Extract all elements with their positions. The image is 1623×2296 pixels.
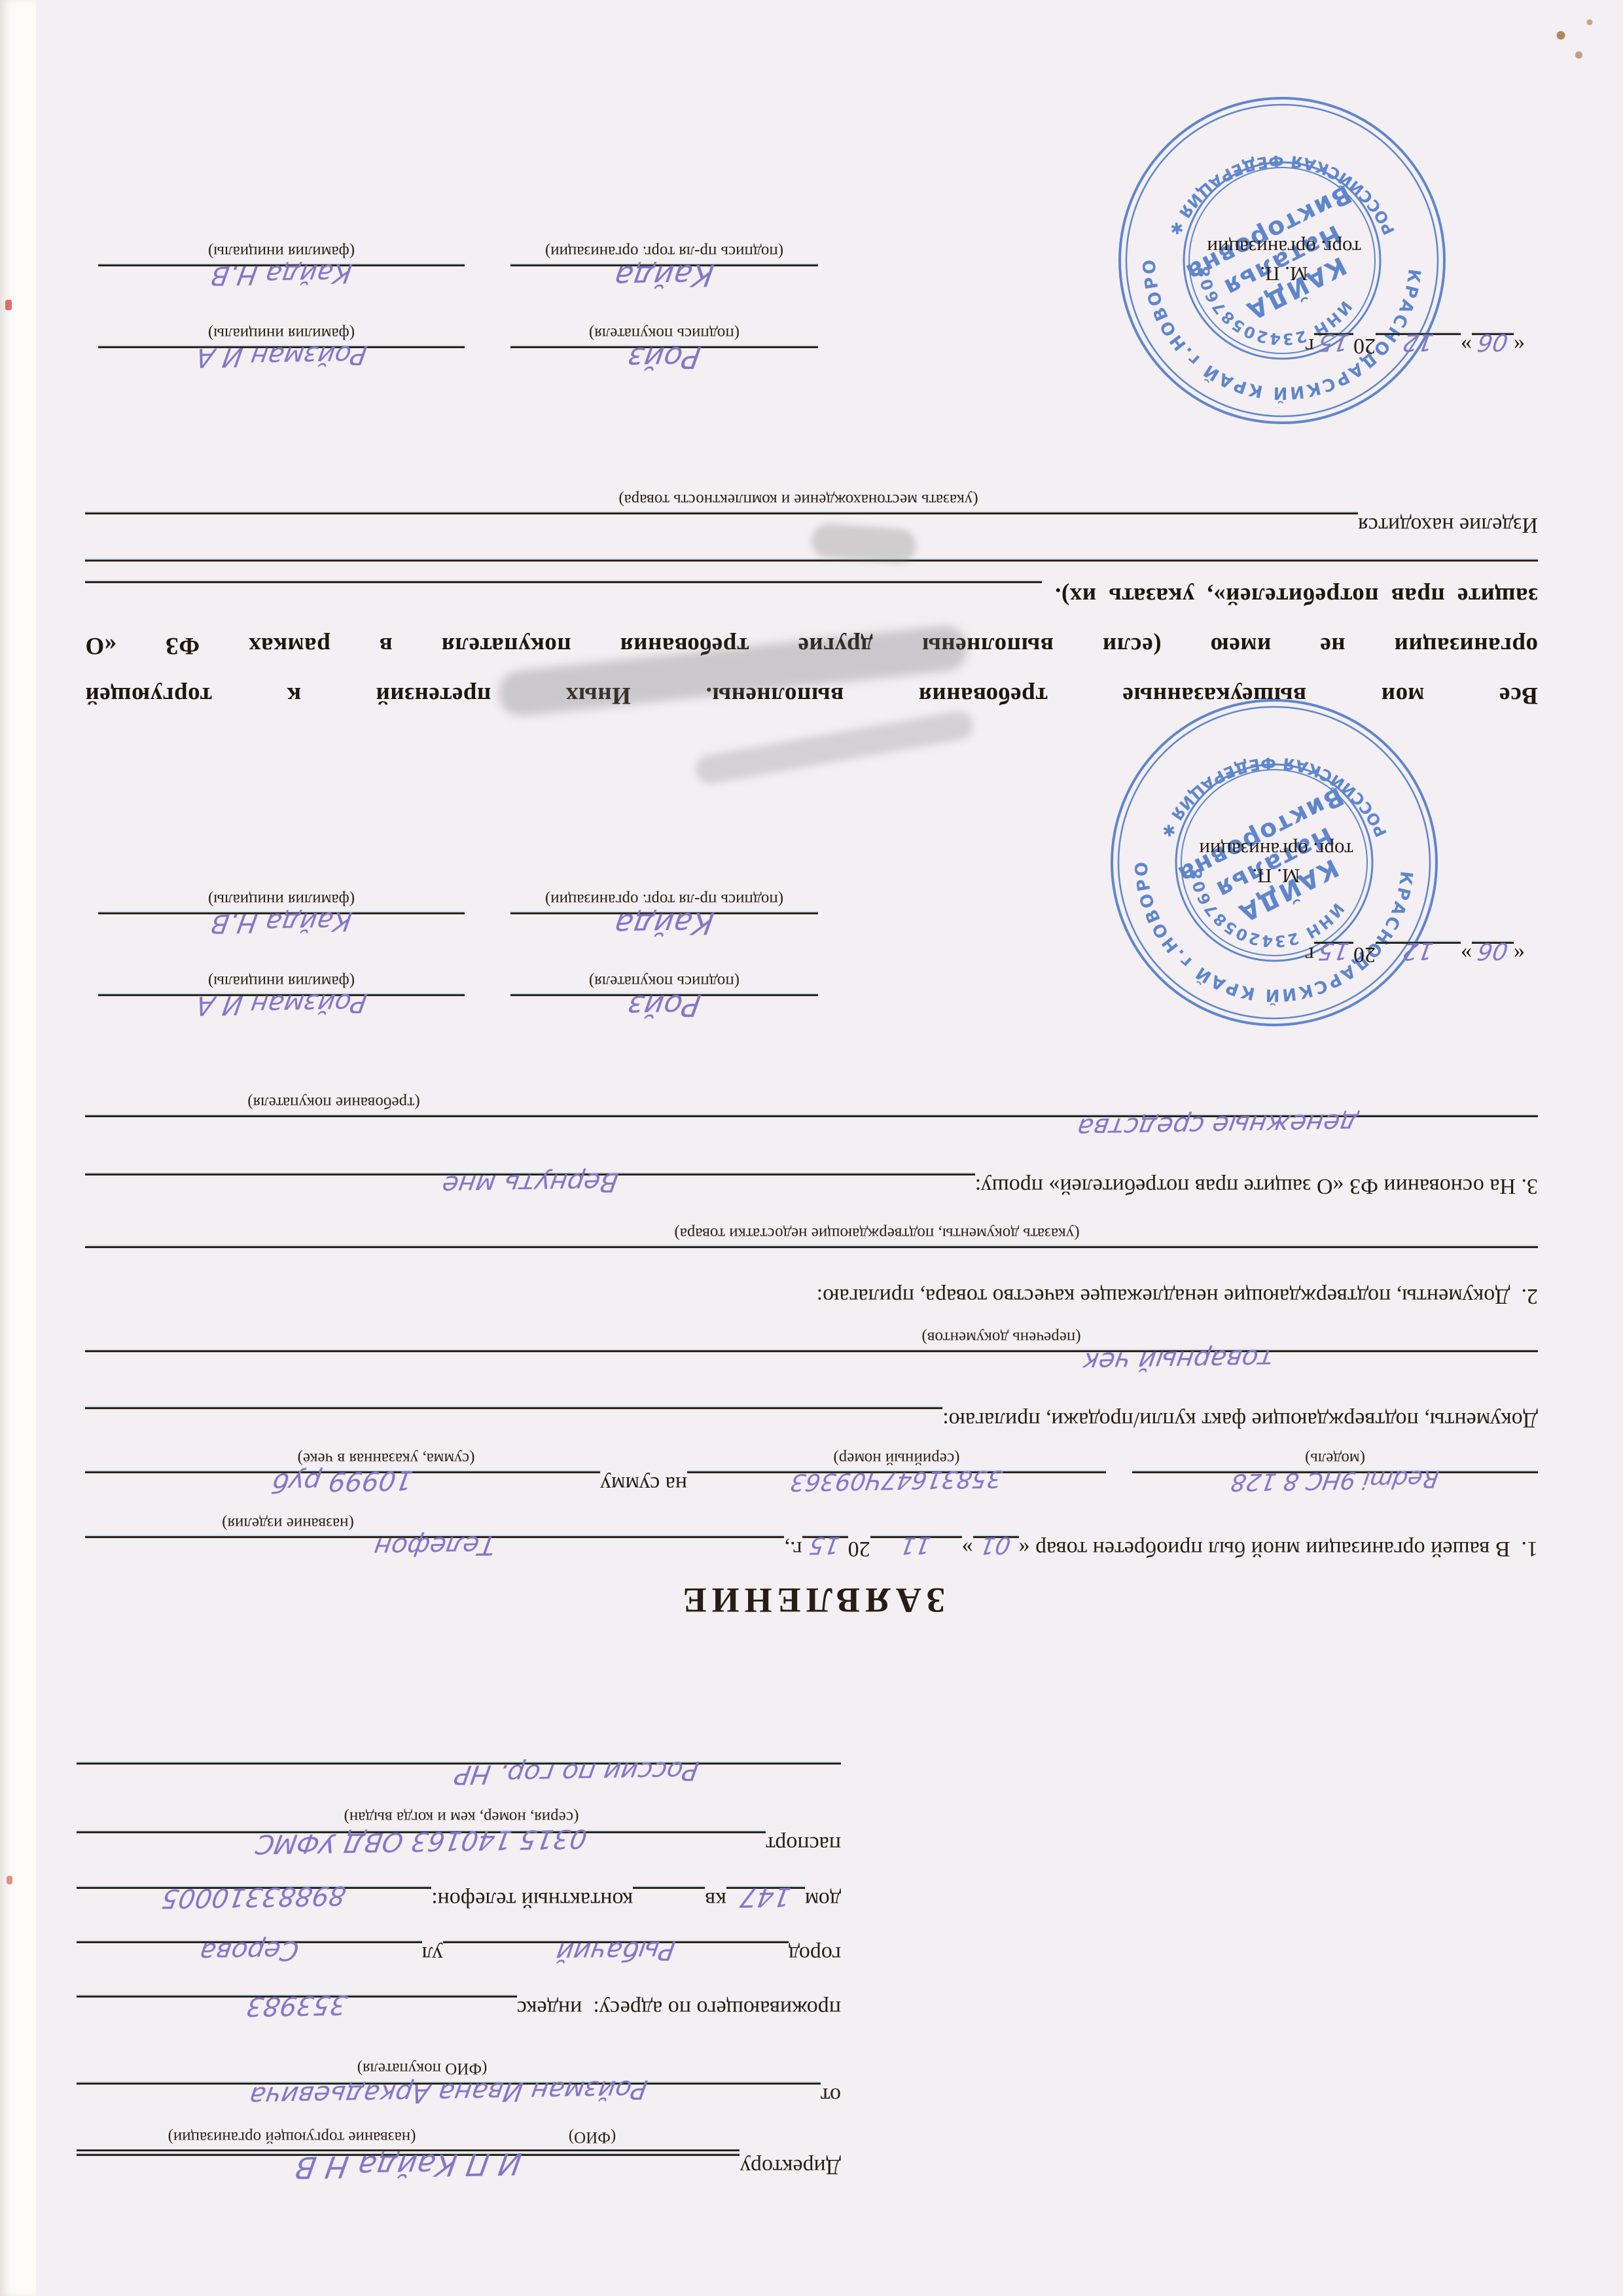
- buyer-signature-1: Ройз: [626, 990, 703, 1022]
- scan-red-mark-2: [7, 1876, 12, 1884]
- date2-g: г: [1305, 333, 1314, 358]
- seller-name-sublabel-2: (фамилия инициалы): [98, 242, 465, 260]
- claim-form-document: Директору И П Кайда Н В (ФИО) (название …: [0, 0, 1623, 2296]
- item-handwriting: Телефон: [372, 1532, 497, 1560]
- from-row: от Ройзман Ивана Аркадьевича: [77, 2083, 841, 2111]
- request-handwriting-2: денежные средства: [1075, 1109, 1360, 1140]
- buyer-sign-line-2: Ройз: [510, 346, 818, 378]
- date1-g: г: [1305, 942, 1314, 967]
- docs1-sublabels: (перечень документов): [85, 1328, 1538, 1346]
- passport-line: 0315 140163 ОВД УФМС: [77, 1831, 766, 1859]
- docs2-sublabel: (указать документы, подтверждающие недос…: [582, 1224, 1171, 1242]
- director-handwriting: И П Кайда Н В: [293, 2149, 524, 2183]
- mp-label-2: М. П. торг. организации: [1186, 234, 1382, 287]
- request-handwriting-1: Вернуть мне: [440, 1169, 620, 1198]
- seller-sign-line-2: Кайда: [510, 264, 818, 296]
- date1-day-line: 06: [1472, 942, 1514, 967]
- model-sublabel: (модель): [1132, 1449, 1538, 1467]
- request-row: 3. На основании ФЗ «О защите прав потреб…: [85, 1174, 1538, 1202]
- date1-day: 06: [1476, 939, 1510, 963]
- scanned-page: Директору И П Кайда Н В (ФИО) (название …: [0, 0, 1623, 2296]
- seller-sign-sublabel-1: (подпись пр-ля торг. организации): [510, 890, 818, 908]
- phone-label: контактный телефон:: [431, 1887, 633, 1912]
- date1-month-line: 12: [1376, 942, 1461, 967]
- seller-name-line-2: Кайда Н.В: [98, 264, 465, 293]
- sum-label: на сумму: [600, 1471, 687, 1496]
- purchase-20: 20: [848, 1536, 870, 1561]
- index-handwriting: 353983: [245, 1992, 349, 2020]
- seller-signature-2: Кайда: [613, 260, 716, 293]
- buyer-name-sublabel-1: (фамилия инициалы): [98, 972, 465, 990]
- sum-line: 10999 руб: [85, 1471, 600, 1499]
- fulfilled-line-3: защите прав потребителей», указать их).: [1055, 571, 1538, 620]
- date1-close-quote: »: [1461, 942, 1472, 967]
- seller-name-line-1: Кайда Н.В: [98, 912, 465, 941]
- sum-handwriting: 10999 руб: [270, 1467, 415, 1496]
- date2-year: 15: [1317, 330, 1351, 354]
- street-label: ул: [422, 1941, 443, 1966]
- passport-row: паспорт 0315 140163 ОВД УФМС: [77, 1831, 841, 1859]
- city-line: Рыбачий: [443, 1941, 789, 1969]
- date1-year: 15: [1317, 939, 1351, 963]
- buyer-name-1: Ройзман И А: [194, 990, 369, 1019]
- date2-open-quote: «: [1514, 333, 1525, 358]
- location-row: Изделие находится: [85, 512, 1538, 537]
- address-label: проживающего по адресу: индекс: [517, 1996, 841, 2020]
- location-blank-line: [85, 560, 1538, 568]
- model-serial-sublabels: (модель) (серийный номер) (сумма, указан…: [85, 1449, 1538, 1467]
- mp2-line2: торг. организации: [1186, 234, 1382, 260]
- date2-month-line: 12: [1376, 333, 1461, 359]
- org-sublabel: (название торгующей организации): [77, 2128, 507, 2146]
- buyer-signature-2: Ройз: [626, 342, 703, 374]
- buyer-fio-sublabel: (ФИО покупателя): [285, 2059, 560, 2077]
- purchase-g: г.,: [784, 1536, 802, 1561]
- purchase-day-line: 01: [973, 1536, 1019, 1562]
- passport-label: паспорт: [766, 1831, 841, 1856]
- serial-sublabel: (серийный номер): [687, 1449, 1106, 1467]
- buyer-sign-row-1: Ройз Ройзман И А: [85, 994, 818, 1026]
- docs2-row: [85, 1246, 1538, 1255]
- seller-sign-row-1: Кайда Кайда Н.В: [85, 912, 818, 944]
- docs1-line: [85, 1407, 942, 1416]
- date1-year-line: 15: [1314, 942, 1353, 967]
- docs1-row: Документы, подтверждающие факт купли/про…: [85, 1407, 1538, 1432]
- location-line: [85, 512, 1358, 521]
- docs2-line: [85, 1246, 1538, 1255]
- serial-line: 35831647Ч09363: [687, 1471, 1106, 1497]
- seller-name-sublabel-1: (фамилия инициалы): [98, 890, 465, 908]
- docs1-label: Документы, подтверждающие факт купли/про…: [942, 1407, 1538, 1432]
- buyer-sign-row-2: Ройз Ройзман И А: [85, 346, 818, 378]
- item-sublabel: (название изделия): [85, 1514, 491, 1532]
- request-line2: денежные средства: [85, 1115, 1538, 1143]
- city-label: город: [789, 1941, 841, 1966]
- purchase-quote: »: [962, 1536, 973, 1561]
- date2-year-line: 15: [1314, 333, 1353, 359]
- address-row: проживающего по адресу: индекс 353983: [77, 1996, 841, 2024]
- buyer-name-line-1: Ройзман И А: [98, 994, 465, 1022]
- request-row2: денежные средства: [85, 1115, 1538, 1143]
- seller-sign-line-1: Кайда: [510, 912, 818, 944]
- buyer-sign-sublabel-2: (подпись покупателя): [510, 324, 818, 342]
- director-line: И П Кайда Н В: [77, 2154, 740, 2186]
- seller-name-1: Кайда Н.В: [209, 908, 353, 937]
- purchase-day: 01: [979, 1533, 1013, 1557]
- director-row: Директору И П Кайда Н В: [77, 2154, 841, 2186]
- seller-name-2: Кайда Н.В: [209, 260, 353, 289]
- date1-month: 12: [1401, 939, 1435, 963]
- docs2-sublabels: (указать документы, подтверждающие недос…: [85, 1224, 1538, 1242]
- buyer-sign-line-1: Ройз: [510, 994, 818, 1026]
- fulfilled-line-3-row: защите прав потребителей», указать их).: [85, 571, 1538, 620]
- house-label: дом: [805, 1887, 841, 1912]
- serial-handwriting: 35831647Ч09363: [789, 1466, 1004, 1494]
- purchase-year-line: 15: [802, 1536, 848, 1562]
- docs1-sublabel: (перечень документов): [844, 1328, 1158, 1346]
- passport-line-2: России по гор. НР: [77, 1763, 841, 1791]
- location-sublabel: (указать местонахождение и комплектность…: [517, 490, 1080, 509]
- mp2-line1: М. П.: [1186, 260, 1382, 287]
- house-line: 147: [726, 1887, 805, 1915]
- purchase-row: 1. В вашей организации мной был приобрет…: [85, 1536, 1538, 1564]
- location-blank-row: [85, 560, 1538, 568]
- buyer-sign-sublabels-1: (подпись покупателя) (фамилия инициалы): [85, 972, 818, 990]
- street-line: Серова: [77, 1941, 422, 1969]
- date-row-2: « 06 » 12 20 15 г: [1211, 333, 1525, 359]
- signature-block-2: КРАСНОДАРСКИЙ КРАЙ г.НОВОРОССИЙСК ✱ ОГРН…: [85, 90, 1538, 418]
- purchase-text: 1. В вашей организации мной был приобрет…: [1019, 1536, 1538, 1561]
- scan-red-mark-1: [5, 300, 12, 310]
- from-sublabels: (ФИО покупателя): [77, 2059, 841, 2077]
- house-phone-row: дом 147 кв контактный телефон: 898833100…: [77, 1887, 841, 1915]
- docs1-row2: товарный чек: [85, 1350, 1538, 1378]
- phone-handwriting: 89883310005: [160, 1882, 348, 1912]
- date2-month: 12: [1401, 330, 1435, 354]
- index-line: 353983: [77, 1996, 517, 2024]
- form-body: 1. В вашей организации мной был приобрет…: [85, 1093, 1538, 1564]
- purchase-month-line: 11: [870, 1536, 962, 1562]
- signature-columns-2: Ройз Ройзман И А (подпись покупателя) (ф…: [85, 242, 818, 378]
- scan-edge-strip: [0, 0, 36, 2296]
- street-handwriting: Серова: [198, 1937, 300, 1965]
- item-line: Телефон: [85, 1536, 784, 1564]
- seller-signature-1: Кайда: [613, 908, 716, 941]
- buyer-name-line-2: Ройзман И А: [98, 346, 465, 374]
- addressee-block: Директору И П Кайда Н В (ФИО) (название …: [77, 1763, 841, 2186]
- location-sublabels: (указать местонахождение и комплектность…: [85, 490, 1538, 509]
- passport-handwriting: 0315 140163 ОВД УФМС: [254, 1825, 589, 1857]
- passport-handwriting-2: России по гор. НР: [453, 1757, 701, 1787]
- from-label: от: [821, 2083, 841, 2108]
- seller-sign-sublabel-2: (подпись пр-ля торг. организации): [510, 242, 818, 260]
- signature-columns-1: Ройз Ройзман И А (подпись покупателя) (ф…: [85, 890, 818, 1026]
- purchase-month: 11: [899, 1533, 933, 1557]
- flat-line: [633, 1887, 705, 1895]
- mp-line1: М. П.: [1178, 863, 1374, 889]
- model-handwriting: Redmi 9НС 8 128: [1230, 1466, 1441, 1494]
- phone-line: 89883310005: [77, 1887, 431, 1915]
- date-row-1: « 06 » 12 20 15 г: [1211, 942, 1525, 967]
- seller-sign-row-2: Кайда Кайда Н.В: [85, 264, 818, 296]
- date1-20: 20: [1353, 942, 1376, 967]
- mp-label-1: М. П. торг. организации: [1178, 836, 1374, 889]
- fulfilled-trailing-line: [85, 581, 1042, 590]
- director-label: Директору: [740, 2154, 841, 2179]
- purchase-year: 15: [808, 1533, 842, 1557]
- page-title: ЗАЯВЛЕНИЕ: [0, 1580, 1623, 1621]
- director-sublabels: (ФИО) (название торгующей организации): [77, 2128, 841, 2146]
- date2-day: 06: [1476, 330, 1510, 354]
- from-line: Ройзман Ивана Аркадьевича: [77, 2083, 821, 2111]
- date1-open-quote: «: [1514, 942, 1525, 967]
- location-section: Изделие находится (указать местонахожден…: [85, 490, 1538, 568]
- buyer-name-2: Ройзман И А: [194, 342, 369, 371]
- date2-day-line: 06: [1472, 333, 1514, 359]
- from-handwriting: Ройзман Ивана Аркадьевича: [247, 2076, 649, 2109]
- sum-sublabel: (сумма, указанная в чеке): [85, 1449, 687, 1467]
- passport-row-2: России по гор. НР: [77, 1763, 841, 1791]
- signature-block-1: КРАСНОДАРСКИЙ КРАЙ г.НОВОРОССИЙСК ✱ ОГРН…: [85, 725, 1538, 1052]
- passport-sublabel: (серия, номер, кем и когда выдан): [278, 1808, 645, 1826]
- fio-sublabel: (ФИО): [507, 2128, 677, 2146]
- location-label: Изделие находится: [1358, 512, 1538, 537]
- docs1-line2: товарный чек: [85, 1350, 1538, 1378]
- date2-close-quote: »: [1461, 333, 1472, 358]
- city-handwriting: Рыбачий: [554, 1937, 677, 1965]
- scan-corner-speckle: [1539, 9, 1611, 75]
- buyer-sign-sublabel-1: (подпись покупателя): [510, 972, 818, 990]
- flat-label: кв: [705, 1887, 726, 1912]
- buyer-sign-sublabels-2: (подпись покупателя) (фамилия инициалы): [85, 324, 818, 342]
- passport-sublabels: (серия, номер, кем и когда выдан): [77, 1808, 841, 1826]
- item-sublabels: (название изделия): [85, 1514, 1538, 1532]
- house-handwriting: 147: [738, 1883, 793, 1910]
- request-line: Вернуть мне: [85, 1174, 975, 1202]
- city-row: город Рыбачий ул Серова: [77, 1941, 841, 1969]
- docs2-label: 2. Документы, подтверждающие ненадлежаще…: [85, 1283, 1538, 1308]
- model-serial-row: Redmi 9НС 8 128 35831647Ч09363 на сумму …: [85, 1471, 1538, 1499]
- buyer-name-sublabel-2: (фамилия инициалы): [98, 324, 465, 342]
- model-line: Redmi 9НС 8 128: [1132, 1471, 1538, 1497]
- docs1-handwriting: товарный чек: [1080, 1345, 1275, 1374]
- request-sublabel: (требование покупателя): [164, 1093, 504, 1111]
- mp-line2: торг. организации: [1178, 836, 1374, 863]
- request-label: 3. На основании ФЗ «О защите прав потреб…: [975, 1174, 1538, 1198]
- scan-smudge-small: [810, 522, 917, 564]
- date2-20: 20: [1353, 333, 1376, 358]
